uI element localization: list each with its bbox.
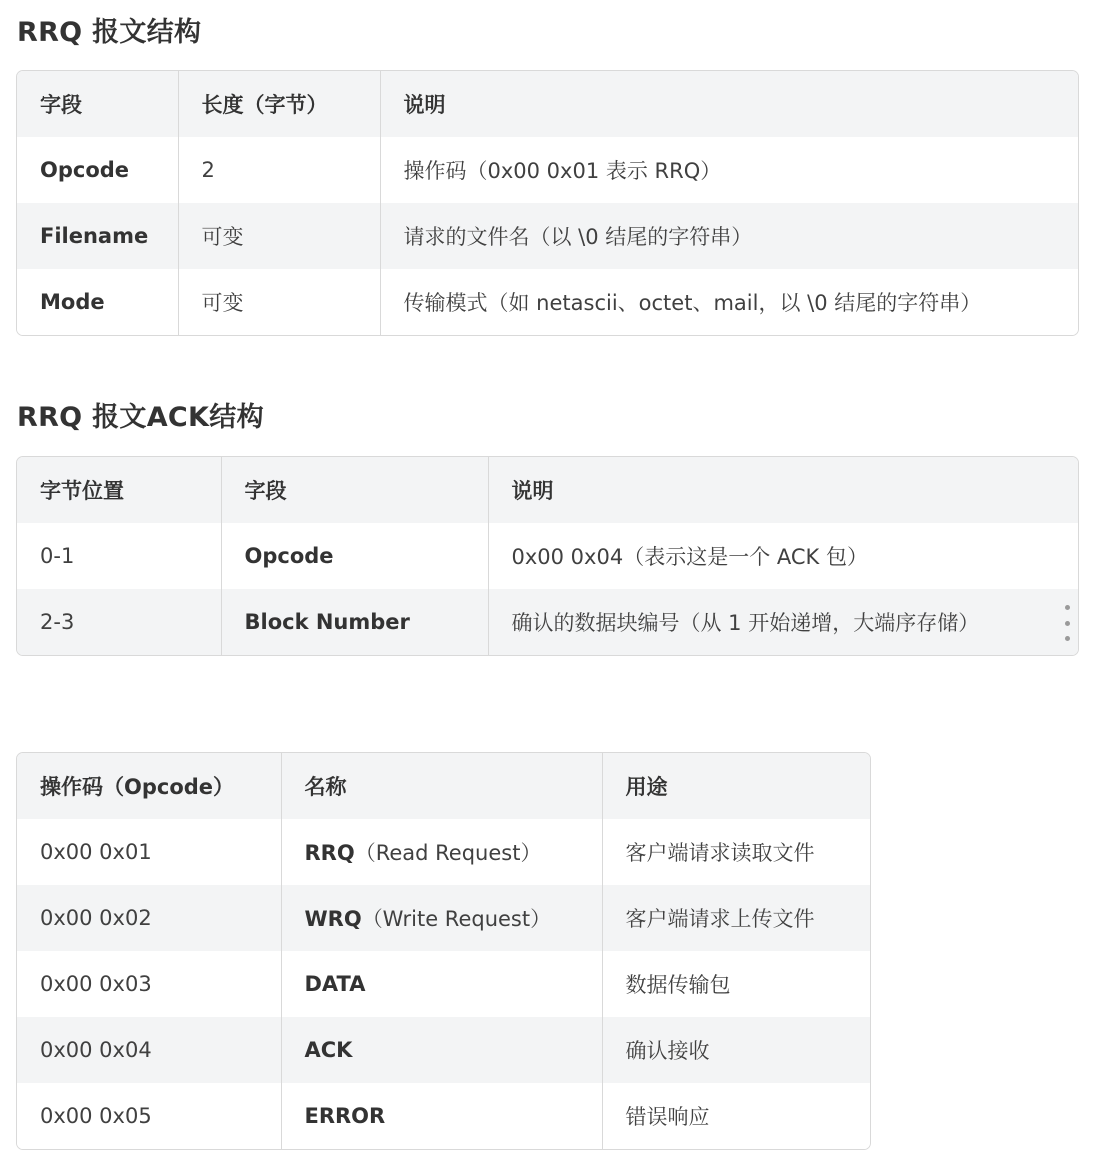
purpose-cell: 数据传输包: [602, 951, 870, 1017]
byte-position-cell: 2-3: [17, 589, 221, 655]
field-cell: Block Number: [221, 589, 488, 655]
column-header: 字节位置: [17, 457, 221, 523]
opcode-table: 操作码（Opcode） 名称 用途 0x00 0x01 RRQ（Read Req…: [16, 752, 871, 1150]
name-cell: DATA: [281, 951, 602, 1017]
column-header: 名称: [281, 753, 602, 819]
opcode-cell: 0x00 0x01: [17, 819, 281, 885]
table-row: 0-1 Opcode 0x00 0x04（表示这是一个 ACK 包）: [17, 523, 1078, 589]
name-cell: RRQ（Read Request）: [281, 819, 602, 885]
name-bold: DATA: [305, 972, 366, 996]
description-cell: 请求的文件名（以 \0 结尾的字符串）: [380, 203, 1078, 269]
table-header-row: 字段 长度（字节） 说明: [17, 71, 1078, 137]
field-cell: Filename: [17, 203, 178, 269]
opcode-cell: 0x00 0x03: [17, 951, 281, 1017]
table-row: 0x00 0x05 ERROR 错误响应: [17, 1083, 870, 1149]
name-cell: ACK: [281, 1017, 602, 1083]
purpose-cell: 客户端请求上传文件: [602, 885, 870, 951]
table-row: 0x00 0x01 RRQ（Read Request） 客户端请求读取文件: [17, 819, 870, 885]
table-row: Mode 可变 传输模式（如 netascii、octet、mail，以 \0 …: [17, 269, 1078, 335]
rrq-structure-table: 字段 长度（字节） 说明 Opcode 2 操作码（0x00 0x01 表示 R…: [16, 70, 1079, 336]
name-bold: WRQ: [305, 907, 362, 931]
column-header: 说明: [488, 457, 1078, 523]
length-cell: 可变: [178, 203, 380, 269]
opcode-cell: 0x00 0x02: [17, 885, 281, 951]
name-detail: （Write Request）: [362, 907, 551, 931]
column-header: 说明: [380, 71, 1078, 137]
description-cell: 确认的数据块编号（从 1 开始递增，大端序存储）: [488, 589, 1078, 655]
rrq-ack-structure-table: 字节位置 字段 说明 0-1 Opcode 0x00 0x04（表示这是一个 A…: [16, 456, 1079, 656]
byte-position-cell: 0-1: [17, 523, 221, 589]
field-cell: Mode: [17, 269, 178, 335]
field-cell: Opcode: [17, 137, 178, 203]
column-header: 字段: [17, 71, 178, 137]
rrq-structure-heading: RRQ 报文结构: [17, 10, 201, 49]
table-row: Filename 可变 请求的文件名（以 \0 结尾的字符串）: [17, 203, 1078, 269]
length-cell: 2: [178, 137, 380, 203]
field-cell: Opcode: [221, 523, 488, 589]
purpose-cell: 确认接收: [602, 1017, 870, 1083]
column-header: 操作码（Opcode）: [17, 753, 281, 819]
table-row: 2-3 Block Number 确认的数据块编号（从 1 开始递增，大端序存储…: [17, 589, 1078, 655]
rrq-ack-structure-heading: RRQ 报文ACK结构: [17, 395, 264, 434]
length-cell: 可变: [178, 269, 380, 335]
column-header: 用途: [602, 753, 870, 819]
name-bold: ERROR: [305, 1104, 386, 1128]
table-header-row: 字节位置 字段 说明: [17, 457, 1078, 523]
table-row: Opcode 2 操作码（0x00 0x01 表示 RRQ）: [17, 137, 1078, 203]
name-cell: ERROR: [281, 1083, 602, 1149]
purpose-cell: 客户端请求读取文件: [602, 819, 870, 885]
column-header: 长度（字节）: [178, 71, 380, 137]
table-row: 0x00 0x04 ACK 确认接收: [17, 1017, 870, 1083]
name-cell: WRQ（Write Request）: [281, 885, 602, 951]
opcode-cell: 0x00 0x04: [17, 1017, 281, 1083]
table-row: 0x00 0x02 WRQ（Write Request） 客户端请求上传文件: [17, 885, 870, 951]
description-cell: 0x00 0x04（表示这是一个 ACK 包）: [488, 523, 1078, 589]
name-bold: RRQ: [305, 841, 355, 865]
name-bold: ACK: [305, 1038, 353, 1062]
description-cell: 操作码（0x00 0x01 表示 RRQ）: [380, 137, 1078, 203]
description-cell: 传输模式（如 netascii、octet、mail，以 \0 结尾的字符串）: [380, 269, 1078, 335]
table-row: 0x00 0x03 DATA 数据传输包: [17, 951, 870, 1017]
column-header: 字段: [221, 457, 488, 523]
table-header-row: 操作码（Opcode） 名称 用途: [17, 753, 870, 819]
vertical-ellipsis-icon[interactable]: [1064, 605, 1070, 641]
opcode-cell: 0x00 0x05: [17, 1083, 281, 1149]
name-detail: （Read Request）: [355, 841, 542, 865]
purpose-cell: 错误响应: [602, 1083, 870, 1149]
